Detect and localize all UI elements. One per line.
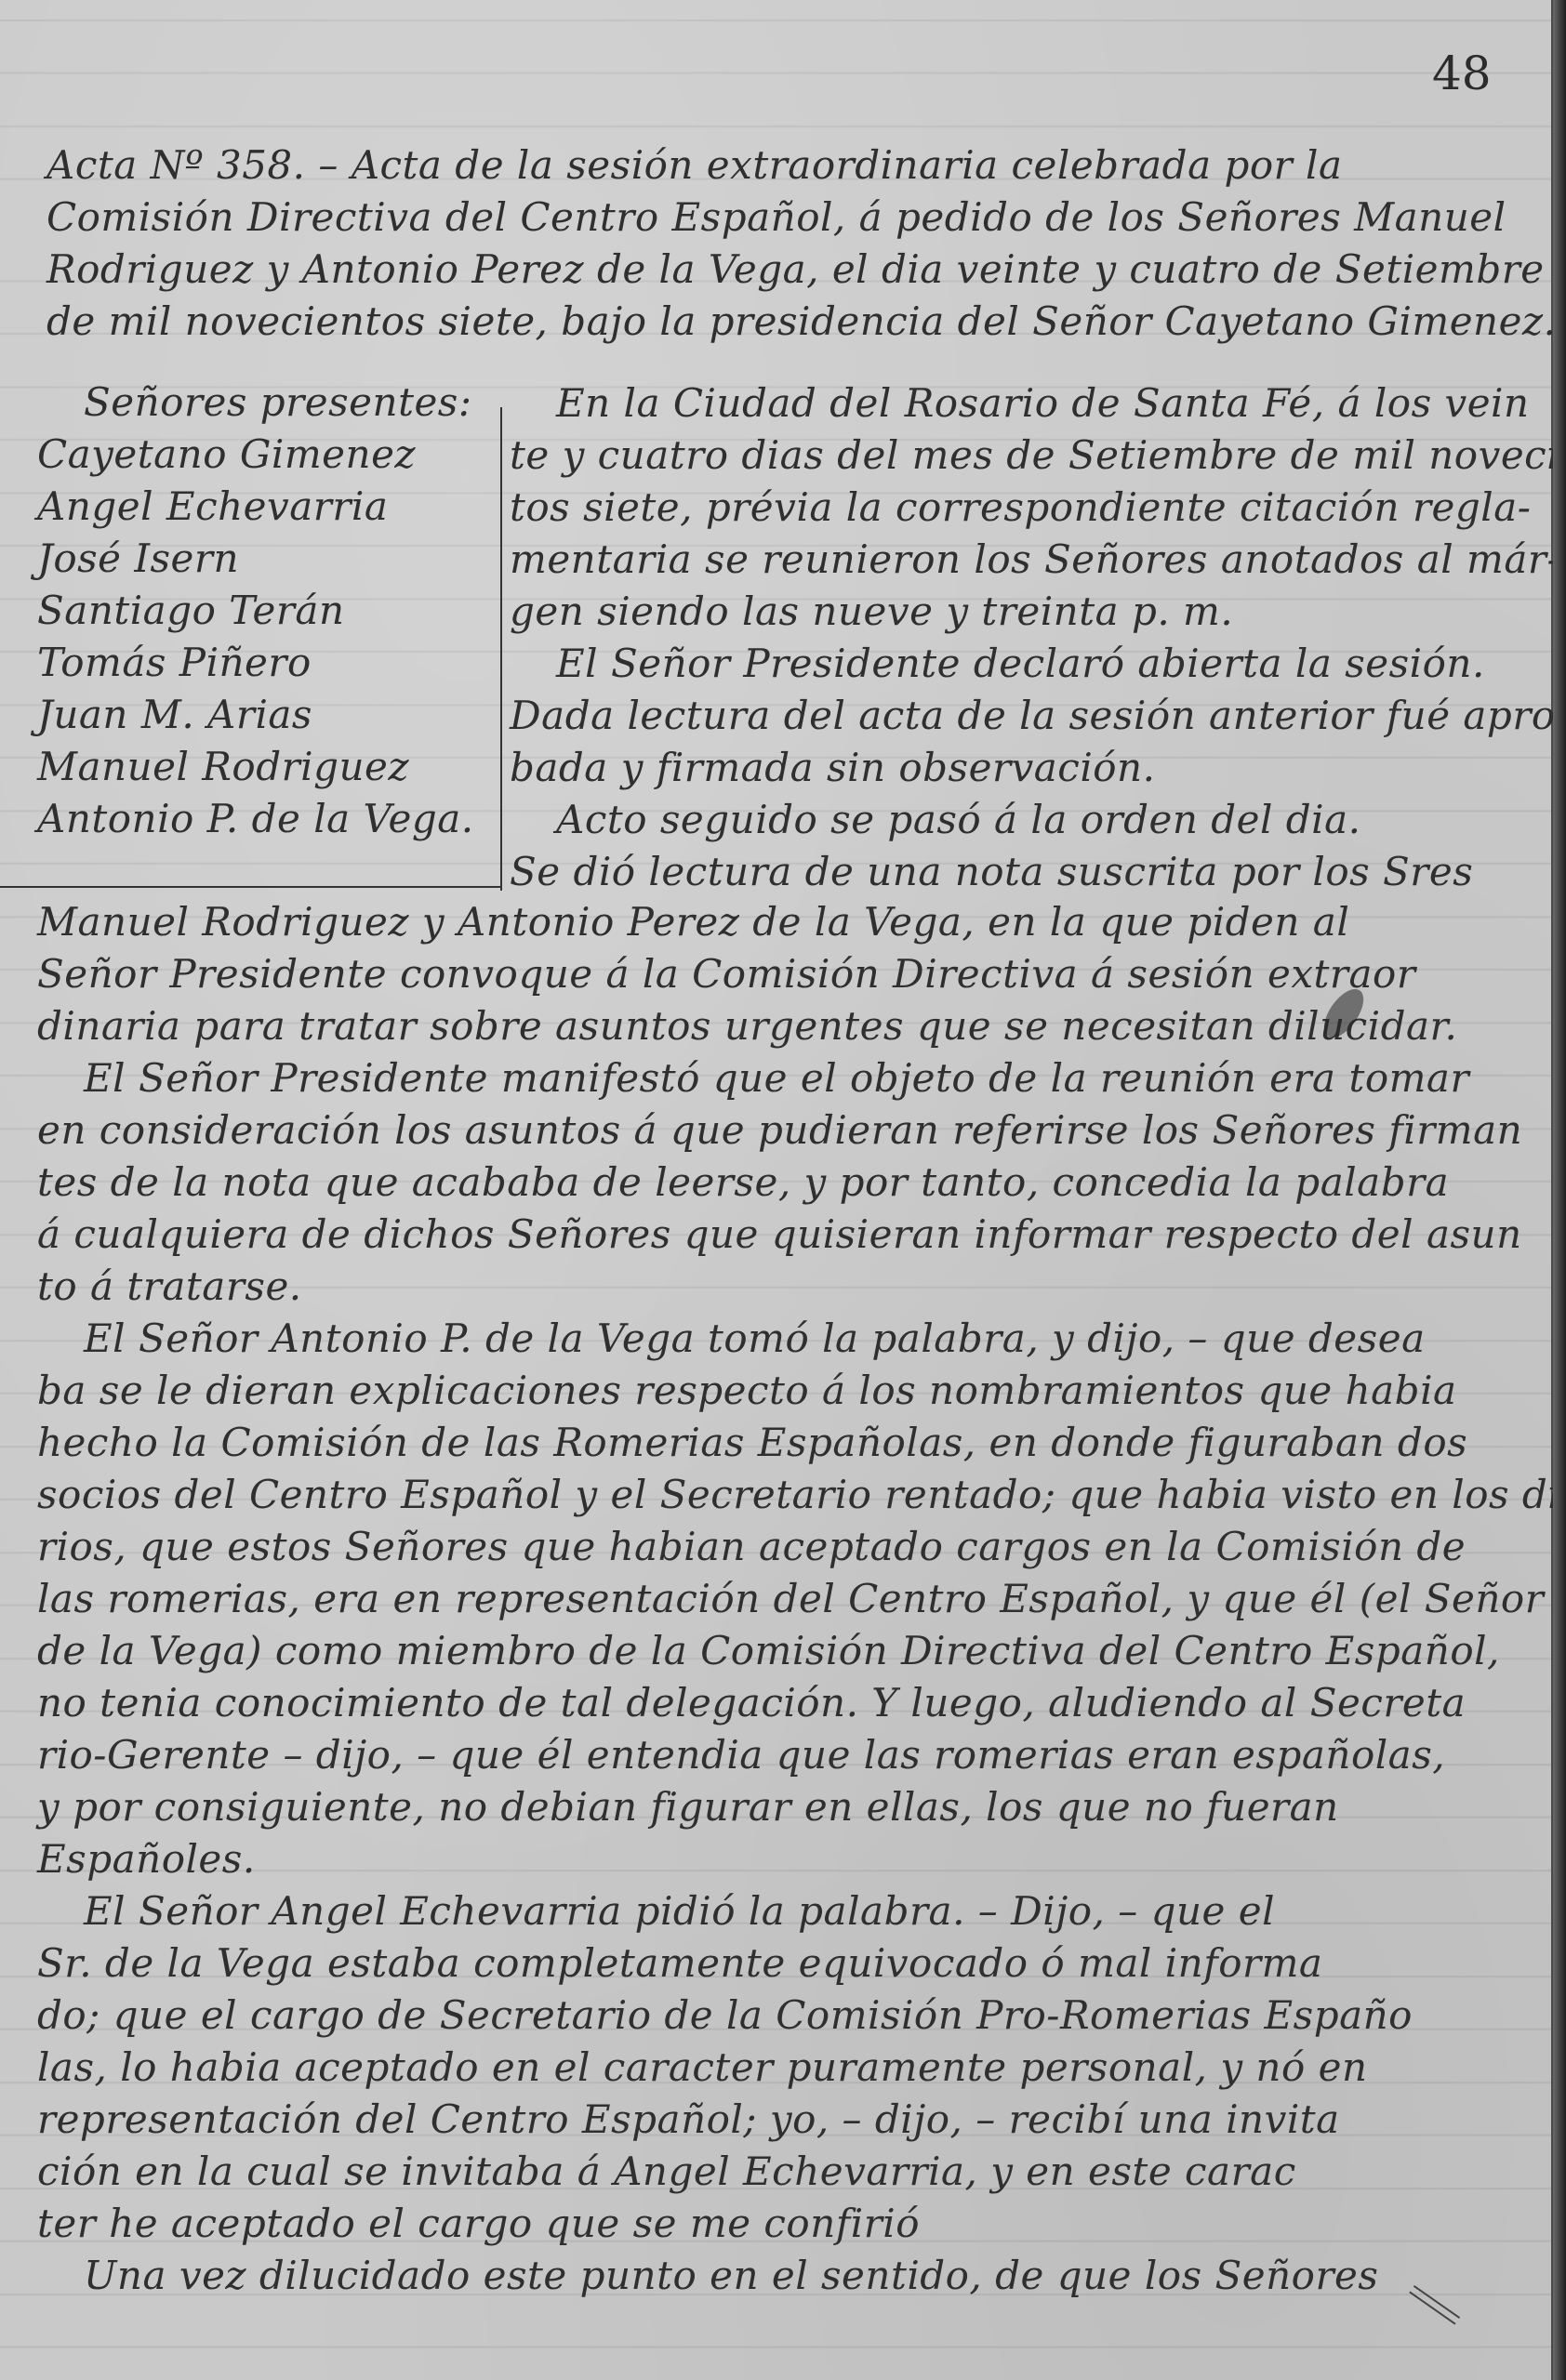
attendee-name: Cayetano Gimenez	[37, 429, 474, 481]
text-line: no tenia conocimiento de tal delegación.…	[37, 1677, 1566, 1729]
text-line: representación del Centro Español; yo, –…	[37, 2094, 1566, 2146]
text-line: El Señor Presidente manifestó que el obj…	[37, 1052, 1566, 1104]
text-line: ter he aceptado el cargo que se me confi…	[37, 2198, 1566, 2250]
text-line: de la Vega) como miembro de la Comisión …	[37, 1625, 1566, 1677]
ledger-page: 48 Acta Nº 358. – Acta de la sesión extr…	[0, 0, 1554, 2380]
text-line: Españoles.	[37, 1833, 1566, 1885]
text-line: rios, que estos Señores que habian acept…	[37, 1521, 1566, 1573]
text-line: rio-Gerente – dijo, – que él entendia qu…	[37, 1729, 1566, 1781]
attendees-title: Señores presentes:	[37, 377, 474, 429]
text-line: Una vez dilucidado este punto en el sent…	[37, 2250, 1566, 2302]
text-line: Dada lectura del acta de la sesión anter…	[510, 690, 1566, 742]
text-line: Se dió lectura de una nota suscrita por …	[510, 846, 1566, 898]
text-line: y por consiguiente, no debian figurar en…	[37, 1781, 1566, 1833]
text-line: Señor Presidente convoque á la Comisión …	[37, 948, 1566, 1000]
text-line: las, lo habia aceptado en el caracter pu…	[37, 2042, 1566, 2094]
attendee-name: José Isern	[37, 533, 474, 585]
text-line: ción en la cual se invitaba á Angel Eche…	[37, 2146, 1566, 2198]
minutes-body: Manuel Rodriguez y Antonio Perez de la V…	[37, 896, 1566, 2302]
text-line: ba se le dieran explicaciones respecto á…	[37, 1365, 1566, 1417]
attendee-name: Antonio P. de la Vega.	[37, 793, 474, 845]
heading-line: Rodriguez y Antonio Perez de la Vega, el…	[46, 244, 1497, 296]
text-line: bada y firmada sin observación.	[510, 742, 1566, 794]
text-line: tes de la nota que acababa de leerse, y …	[37, 1157, 1566, 1209]
text-line: en consideración los asuntos á que pudie…	[37, 1104, 1566, 1157]
session-opening-text: En la Ciudad del Rosario de Santa Fé, á …	[510, 377, 1566, 898]
text-line: mentaria se reunieron los Señores anotad…	[510, 534, 1566, 586]
text-line: El Señor Angel Echevarria pidió la palab…	[37, 1885, 1566, 1937]
heading-line: Comisión Directiva del Centro Español, á…	[46, 192, 1497, 244]
margin-divider-vertical	[500, 407, 502, 891]
attendee-name: Angel Echevarria	[37, 481, 474, 533]
text-line: gen siendo las nueve y treinta p. m.	[510, 586, 1566, 638]
text-line: El Señor Antonio P. de la Vega tomó la p…	[37, 1313, 1566, 1365]
text-line: El Señor Presidente declaró abierta la s…	[510, 638, 1566, 690]
attendee-name: Manuel Rodriguez	[37, 741, 474, 793]
text-line: do; que el cargo de Secretario de la Com…	[37, 1990, 1566, 2042]
text-line: Manuel Rodriguez y Antonio Perez de la V…	[37, 896, 1566, 948]
text-line: En la Ciudad del Rosario de Santa Fé, á …	[510, 377, 1566, 430]
page-number: 48	[1432, 46, 1492, 100]
attendee-name: Juan M. Arias	[37, 689, 474, 741]
text-line: te y cuatro dias del mes de Setiembre de…	[510, 430, 1566, 482]
text-line: hecho la Comisión de las Romerias Españo…	[37, 1417, 1566, 1469]
text-line: Acto seguido se pasó á la orden del dia.	[510, 794, 1566, 846]
attendees-list: Señores presentes: Cayetano Gimenez Ange…	[37, 377, 474, 845]
attendee-name: Tomás Piñero	[37, 637, 474, 689]
text-line: Sr. de la Vega estaba completamente equi…	[37, 1937, 1566, 1990]
text-line: to á tratarse.	[37, 1261, 1566, 1313]
text-line: á cualquiera de dichos Señores que quisi…	[37, 1209, 1566, 1261]
text-line: las romerias, era en representación del …	[37, 1573, 1566, 1625]
attendee-name: Santiago Terán	[37, 585, 474, 637]
book-edge	[1553, 0, 1566, 2380]
text-line: tos siete, prévia la correspondiente cit…	[510, 482, 1566, 534]
text-line: socios del Centro Español y el Secretari…	[37, 1469, 1566, 1521]
heading-line: de mil novecientos siete, bajo la presid…	[46, 296, 1497, 348]
acta-heading: Acta Nº 358. – Acta de la sesión extraor…	[46, 139, 1497, 348]
margin-divider-horizontal	[0, 886, 502, 888]
heading-line: Acta Nº 358. – Acta de la sesión extraor…	[46, 139, 1497, 192]
